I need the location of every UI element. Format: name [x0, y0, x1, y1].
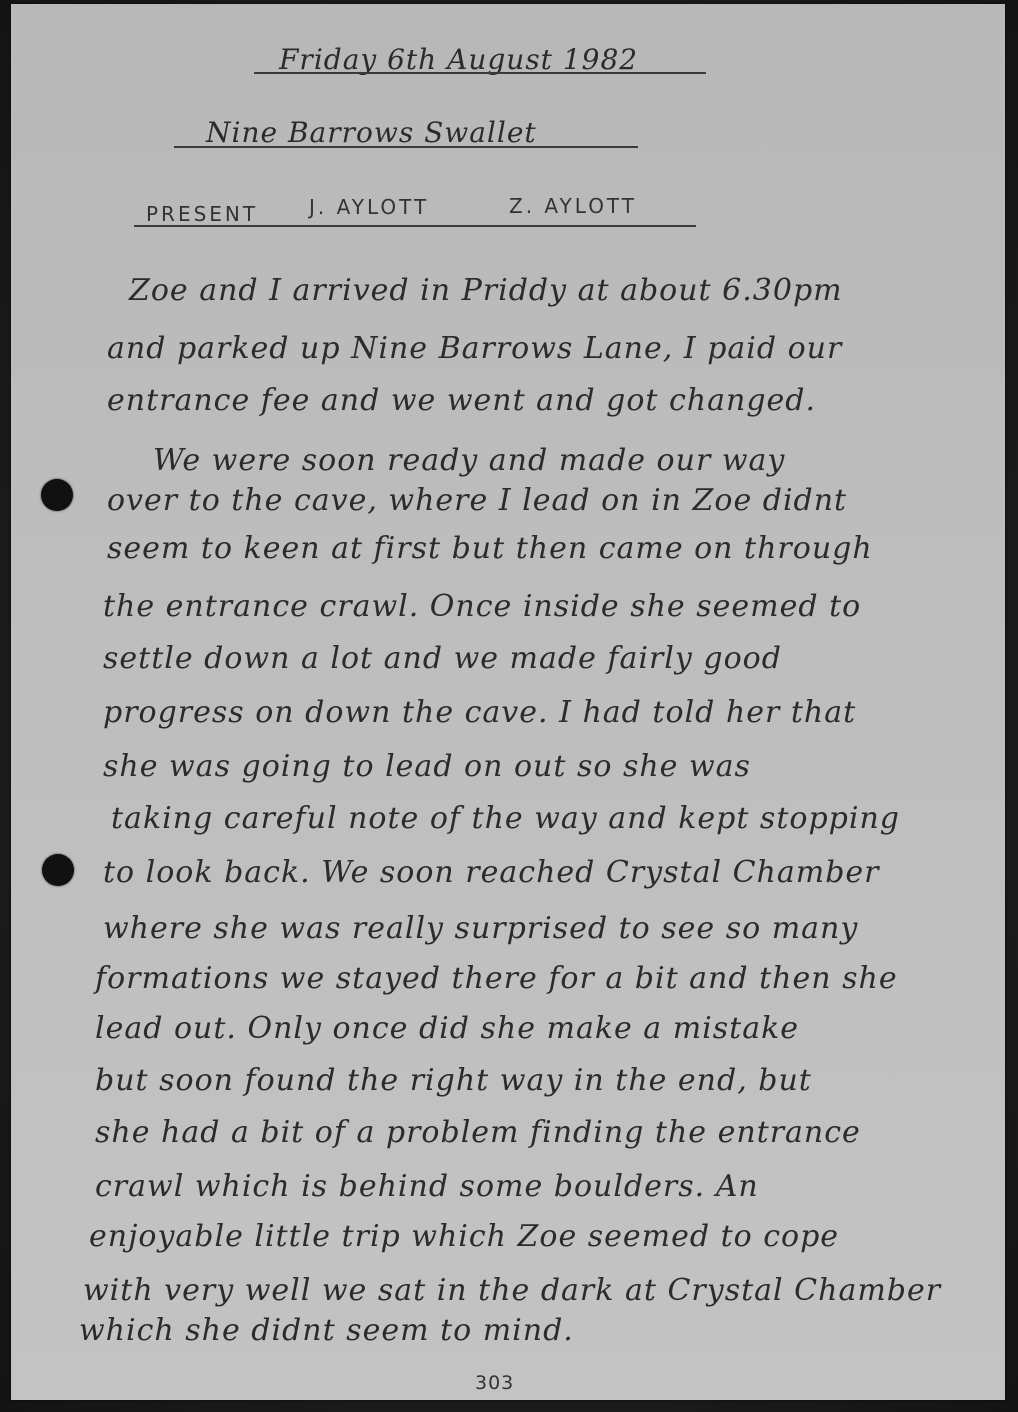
- cave-name-underline: [174, 146, 638, 148]
- present-name-2: Z. AYLOTT: [509, 196, 637, 216]
- punched-hole-bottom: [42, 854, 74, 886]
- body-line: the entrance crawl. Once inside she seem…: [103, 592, 861, 622]
- body-line: settle down a lot and we made fairly goo…: [103, 644, 782, 674]
- present-label: PRESENT: [146, 204, 258, 224]
- body-line: formations we stayed there for a bit and…: [95, 964, 898, 994]
- body-line: enjoyable little trip which Zoe seemed t…: [89, 1222, 839, 1252]
- cave-name-heading: Nine Barrows Swallet: [206, 119, 537, 147]
- body-line: crawl which is behind some boulders. An: [95, 1172, 759, 1202]
- date-heading: Friday 6th August 1982: [279, 46, 638, 74]
- body-line: which she didnt seem to mind.: [79, 1316, 574, 1346]
- body-line: We were soon ready and made our way: [153, 446, 785, 476]
- body-line: with very well we sat in the dark at Cry…: [83, 1276, 941, 1306]
- body-line: she was going to lead on out so she was: [103, 752, 751, 782]
- date-heading-underline: [254, 72, 706, 74]
- body-line: taking careful note of the way and kept …: [111, 804, 900, 834]
- notebook-page: Friday 6th August 1982 Nine Barrows Swal…: [11, 4, 1005, 1400]
- body-line: entrance fee and we went and got changed…: [107, 386, 816, 416]
- body-line: but soon found the right way in the end,…: [95, 1066, 812, 1096]
- body-line: she had a bit of a problem finding the e…: [95, 1118, 861, 1148]
- present-underline: [134, 225, 696, 227]
- body-line: over to the cave, where I lead on in Zoe…: [107, 486, 847, 516]
- body-line: to look back. We soon reached Crystal Ch…: [103, 858, 880, 888]
- punched-hole-top: [41, 479, 73, 511]
- body-line: lead out. Only once did she make a mista…: [95, 1014, 799, 1044]
- present-name-1: J. AYLOTT: [309, 197, 429, 217]
- body-line: and parked up Nine Barrows Lane, I paid …: [107, 334, 842, 364]
- body-line: where she was really surprised to see so…: [103, 914, 858, 944]
- body-line: progress on down the cave. I had told he…: [103, 698, 856, 728]
- page-number: 303: [475, 1374, 514, 1393]
- body-line: seem to keen at first but then came on t…: [107, 534, 873, 564]
- body-line: Zoe and I arrived in Priddy at about 6.3…: [129, 276, 843, 306]
